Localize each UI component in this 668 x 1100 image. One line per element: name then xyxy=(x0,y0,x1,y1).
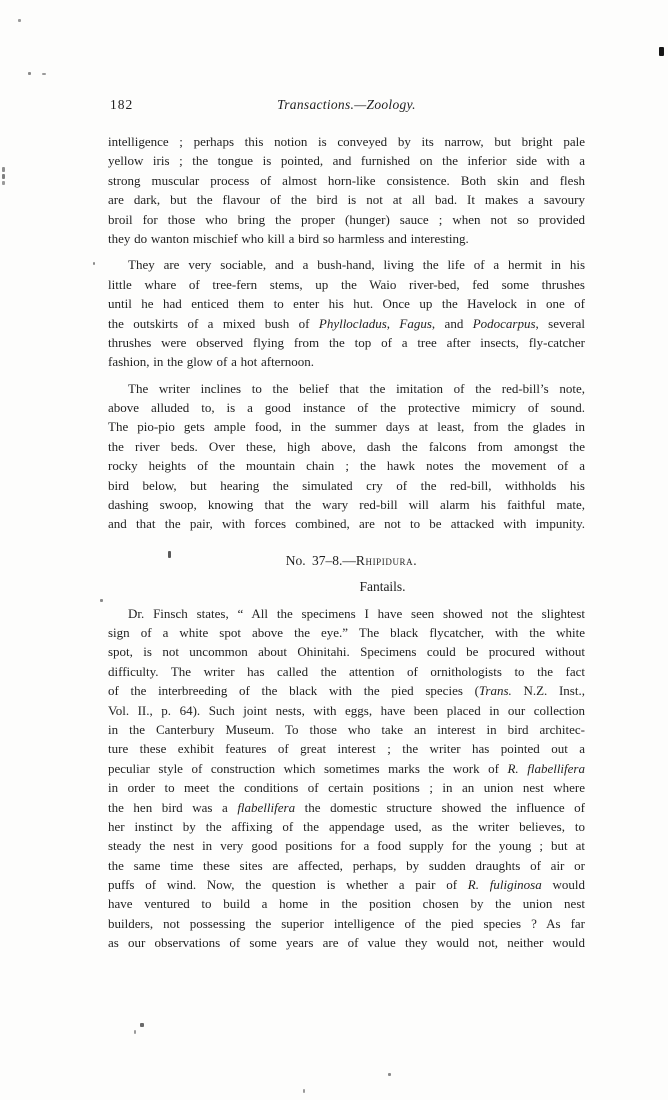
text-segment: They are very sociable, and a bush-hand,… xyxy=(128,257,585,272)
text-line: fashion, in the glow of a hot afternoon. xyxy=(108,352,585,371)
text-line: until he had enticed them to enter his h… xyxy=(108,294,585,313)
text-line: little whare of tree-fern stems, up the … xyxy=(108,275,585,294)
text-segment: above alluded to, is a good instance of … xyxy=(108,400,585,415)
section-heading: No. 37–8.—Rhipidura. xyxy=(113,551,590,570)
body-text: intelligence ; perhaps this notion is co… xyxy=(108,132,585,953)
text-line: They are very sociable, and a bush-hand,… xyxy=(108,255,585,274)
text-line: The pio-pio gets ample food, in the summ… xyxy=(108,417,585,436)
paragraph: They are very sociable, and a bush-hand,… xyxy=(108,255,585,371)
text-segment: Vol. II., p. 64). Such joint nests, with… xyxy=(108,703,585,718)
text-segment: thrushes were observed flying from the t… xyxy=(108,335,585,350)
text-segment: puffs of wind. Now, the question is whet… xyxy=(108,877,468,892)
text-segment: Dr. Finsch states, “ All the specimens I… xyxy=(128,606,585,621)
text-segment: steady the nest in very good positions f… xyxy=(108,838,585,853)
text-segment: of the interbreeding of the black with t… xyxy=(108,683,479,698)
scanned-book-page: 182 Transactions.—Zoology. intelligence … xyxy=(0,0,668,1100)
text-line: peculiar style of construction which som… xyxy=(108,759,585,778)
text-line: as our observations of some years are of… xyxy=(108,933,585,952)
paragraph: intelligence ; perhaps this notion is co… xyxy=(108,132,585,248)
ink-speck xyxy=(168,551,171,558)
text-segment: , xyxy=(387,316,400,331)
text-line: of the interbreeding of the black with t… xyxy=(108,681,585,700)
text-segment: have ventured to build a home in the pos… xyxy=(108,896,585,911)
text-segment: No. 37–8.— xyxy=(286,553,356,568)
text-segment: builders, not possessing the superior in… xyxy=(108,916,585,931)
text-segment: as our observations of some years are of… xyxy=(108,935,585,950)
text-segment: the hen bird was a xyxy=(108,800,237,815)
text-segment: sign of a white spot above the eye.” The… xyxy=(108,625,585,640)
text-segment: the river beds. Over these, high above, … xyxy=(108,439,585,454)
text-line: difficulty. The writer has called the at… xyxy=(108,662,585,681)
text-segment: intelligence ; perhaps this notion is co… xyxy=(108,134,585,149)
text-segment: R. fuliginosa xyxy=(468,877,542,892)
text-segment: strong muscular process of almost horn-l… xyxy=(108,173,585,188)
text-line: builders, not possessing the superior in… xyxy=(108,914,585,933)
ink-speck xyxy=(2,167,5,172)
section-subheading: Fantails. xyxy=(144,577,621,596)
text-line: bird below, but hearing the simulated cr… xyxy=(108,476,585,495)
text-segment: , and xyxy=(432,316,473,331)
text-line: the outskirts of a mixed bush of Phylloc… xyxy=(108,314,585,333)
text-segment: in order to meet the conditions of certa… xyxy=(108,780,585,795)
page-header: 182 Transactions.—Zoology. xyxy=(108,96,585,113)
text-line: the river beds. Over these, high above, … xyxy=(108,437,585,456)
ink-speck xyxy=(93,262,95,265)
text-line: and that the pair, with forces combined,… xyxy=(108,514,585,533)
text-segment: Phyllocladus xyxy=(319,316,387,331)
ink-speck xyxy=(2,181,5,185)
text-segment: Podocarpus xyxy=(473,316,536,331)
ink-speck xyxy=(100,599,103,602)
text-segment: spot, is not uncommon about Ohinitahi. S… xyxy=(108,644,585,659)
text-segment: peculiar style of construction which som… xyxy=(108,761,507,776)
text-segment: dashing swoop, knowing that the wary red… xyxy=(108,497,585,512)
ink-speck xyxy=(134,1030,136,1034)
ink-speck xyxy=(388,1073,391,1076)
text-segment: would xyxy=(542,877,585,892)
text-line: Vol. II., p. 64). Such joint nests, with… xyxy=(108,701,585,720)
ink-speck xyxy=(659,47,664,56)
text-line: are dark, but the flavour of the bird is… xyxy=(108,190,585,209)
text-line: dashing swoop, knowing that the wary red… xyxy=(108,495,585,514)
text-line: above alluded to, is a good instance of … xyxy=(108,398,585,417)
text-line: in order to meet the conditions of certa… xyxy=(108,778,585,797)
text-line: yellow iris ; the tongue is pointed, and… xyxy=(108,151,585,170)
ink-speck xyxy=(42,73,46,75)
text-line: broil for those who bring the proper (hu… xyxy=(108,210,585,229)
text-line: rocky heights of the mountain chain ; th… xyxy=(108,456,585,475)
text-segment: rocky heights of the mountain chain ; th… xyxy=(108,458,585,473)
text-segment: her instinct by the affixing of the appe… xyxy=(108,819,585,834)
text-line: spot, is not uncommon about Ohinitahi. S… xyxy=(108,642,585,661)
text-segment: are dark, but the flavour of the bird is… xyxy=(108,192,585,207)
text-line: intelligence ; perhaps this notion is co… xyxy=(108,132,585,151)
text-segment: yellow iris ; the tongue is pointed, and… xyxy=(108,153,585,168)
text-segment: Trans. xyxy=(479,683,512,698)
text-segment: ture these exhibit features of great int… xyxy=(108,741,585,756)
running-title: Transactions.—Zoology. xyxy=(108,96,585,113)
text-line: steady the nest in very good positions f… xyxy=(108,836,585,855)
ink-speck xyxy=(303,1089,305,1093)
text-column: 182 Transactions.—Zoology. intelligence … xyxy=(108,0,585,953)
text-line: in the Canterbury Museum. To those who t… xyxy=(108,720,585,739)
page-number: 182 xyxy=(110,96,133,113)
text-line: the same time these sites are affected, … xyxy=(108,856,585,875)
text-segment: difficulty. The writer has called the at… xyxy=(108,664,585,679)
text-line: ture these exhibit features of great int… xyxy=(108,739,585,758)
text-segment: The pio-pio gets ample food, in the summ… xyxy=(108,419,585,434)
ink-speck xyxy=(28,72,31,75)
text-line: have ventured to build a home in the pos… xyxy=(108,894,585,913)
text-segment: and that the pair, with forces combined,… xyxy=(108,516,585,531)
text-line: thrushes were observed flying from the t… xyxy=(108,333,585,352)
text-segment: they do wanton mischief who kill a bird … xyxy=(108,231,469,246)
text-line: Dr. Finsch states, “ All the specimens I… xyxy=(108,604,585,623)
text-segment: in the Canterbury Museum. To those who t… xyxy=(108,722,585,737)
text-segment: , several xyxy=(536,316,585,331)
ink-speck xyxy=(2,174,5,179)
text-segment: until he had enticed them to enter his h… xyxy=(108,296,585,311)
paragraph: The writer inclines to the belief that t… xyxy=(108,379,585,534)
text-line: her instinct by the affixing of the appe… xyxy=(108,817,585,836)
text-segment: little whare of tree-fern stems, up the … xyxy=(108,277,585,292)
text-line: sign of a white spot above the eye.” The… xyxy=(108,623,585,642)
text-segment: Fagus xyxy=(399,316,432,331)
ink-speck xyxy=(140,1023,144,1027)
paragraph: Dr. Finsch states, “ All the specimens I… xyxy=(108,604,585,953)
text-segment: R. flabellifera xyxy=(507,761,585,776)
text-line: puffs of wind. Now, the question is whet… xyxy=(108,875,585,894)
text-segment: N.Z. Inst., xyxy=(512,683,585,698)
text-segment: the outskirts of a mixed bush of xyxy=(108,316,319,331)
ink-speck xyxy=(18,19,21,22)
text-line: The writer inclines to the belief that t… xyxy=(108,379,585,398)
text-segment: The writer inclines to the belief that t… xyxy=(128,381,585,396)
text-segment: Rhipidura. xyxy=(356,553,417,568)
text-line: strong muscular process of almost horn-l… xyxy=(108,171,585,190)
text-segment: broil for those who bring the proper (hu… xyxy=(108,212,585,227)
text-segment: the same time these sites are affected, … xyxy=(108,858,585,873)
text-segment: the domestic structure showed the influe… xyxy=(295,800,585,815)
text-segment: fashion, in the glow of a hot afternoon. xyxy=(108,354,314,369)
text-line: they do wanton mischief who kill a bird … xyxy=(108,229,585,248)
text-segment: Fantails. xyxy=(359,579,405,594)
text-segment: flabellifera xyxy=(237,800,295,815)
text-line: the hen bird was a flabellifera the dome… xyxy=(108,798,585,817)
text-segment: bird below, but hearing the simulated cr… xyxy=(108,478,585,493)
